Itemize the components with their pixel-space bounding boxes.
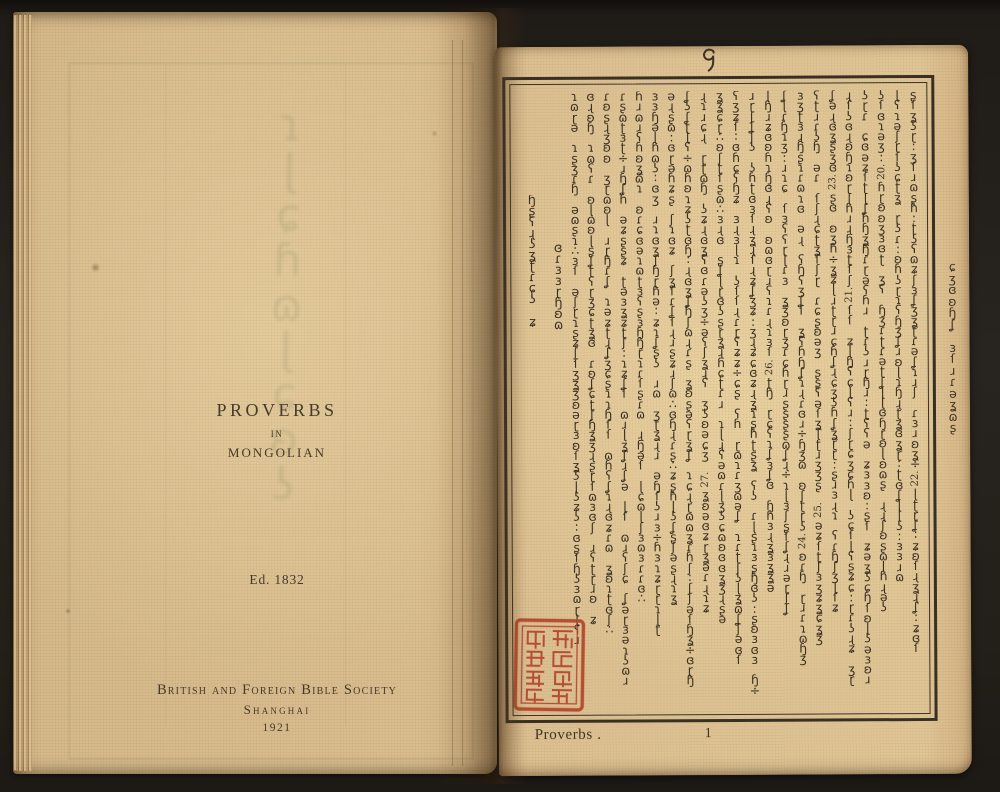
publisher-city: Shanghai	[57, 702, 497, 718]
title-block: PROVERBS IN MONGOLIAN	[57, 400, 497, 461]
title-connector: IN	[57, 429, 497, 439]
mongolian-text-column: ʂ ſ ʓ ʖ ɽ : ʒ ſ ɹ ɷ ʂ ɦ : ʈ ʖ ʕ ɷ ʑ ʃ ɜ …	[905, 90, 924, 708]
verse-number: 27.	[698, 472, 713, 488]
showthrough-band	[165, 64, 166, 726]
publish-year: 1921	[57, 722, 497, 734]
verse-number: 22.	[908, 471, 923, 487]
footer-page-number: 1	[705, 726, 712, 742]
chapter-heading-column: ɞ ɾ ɜ ɜ ɽ ɧ ʚ ɷ	[549, 243, 568, 349]
paper-stain	[65, 608, 71, 614]
book-subtitle: MONGOLIAN	[57, 445, 497, 461]
open-book-photo: ɿ ɭ ɕ ɦ ɷ ɭ ɕ ʚ ʖ PROVERBS IN MONGOLIAN …	[0, 0, 1000, 792]
edition-note: Ed. 1832	[57, 572, 497, 588]
verse-number: 24.	[795, 533, 810, 549]
book-title: PROVERBS	[57, 400, 497, 421]
verse-number: 25.	[811, 502, 826, 518]
showthrough-band	[345, 64, 346, 726]
page-stack-edges	[13, 15, 32, 771]
publisher-name: British and Foreign Bible Society	[57, 682, 497, 699]
mongolian-numeral-one-icon	[701, 48, 717, 74]
left-page: ɿ ɭ ɕ ɦ ɷ ɭ ɕ ʚ ʖ PROVERBS IN MONGOLIAN …	[13, 12, 497, 774]
footer-running-title: Proverbs .	[535, 727, 602, 744]
imprint-block: British and Foreign Bible Society Shangh…	[57, 682, 497, 734]
verse-number: 20.	[874, 163, 889, 179]
verse-number: 26.	[762, 359, 777, 375]
paper-stain	[431, 130, 438, 137]
mongolian-text-columns: ɿ ɷ ɽ ə ɿ ʂ ʒ ɾ ɧ ə ɷ ʂ ɿ ∴ ɜ ſ ə ʃ ɽ ɿ …	[566, 90, 924, 710]
red-library-seal	[513, 617, 586, 712]
marginal-running-title: ɕ ʒ ɞ ʚ ɧ ʆ ɜ ſ ɹ ɾ ə ʓ ɷ ʂ	[943, 261, 963, 575]
verse-number: 23.	[825, 174, 840, 190]
verse-number: 21.	[842, 287, 857, 303]
paper-stain	[91, 262, 100, 273]
right-page: ɧ ʂ ʕ ɻ ʖ ʓ ʈ ɾ ɕ ʖ ʑ ɞ ɾ ɜ ɜ ɽ ɧ ʚ ɷ ɿ …	[495, 45, 972, 776]
chapter-heading-column: ɧ ʂ ʕ ɻ ʖ ʓ ʈ ɾ ɕ ʖ ʑ	[523, 195, 542, 337]
